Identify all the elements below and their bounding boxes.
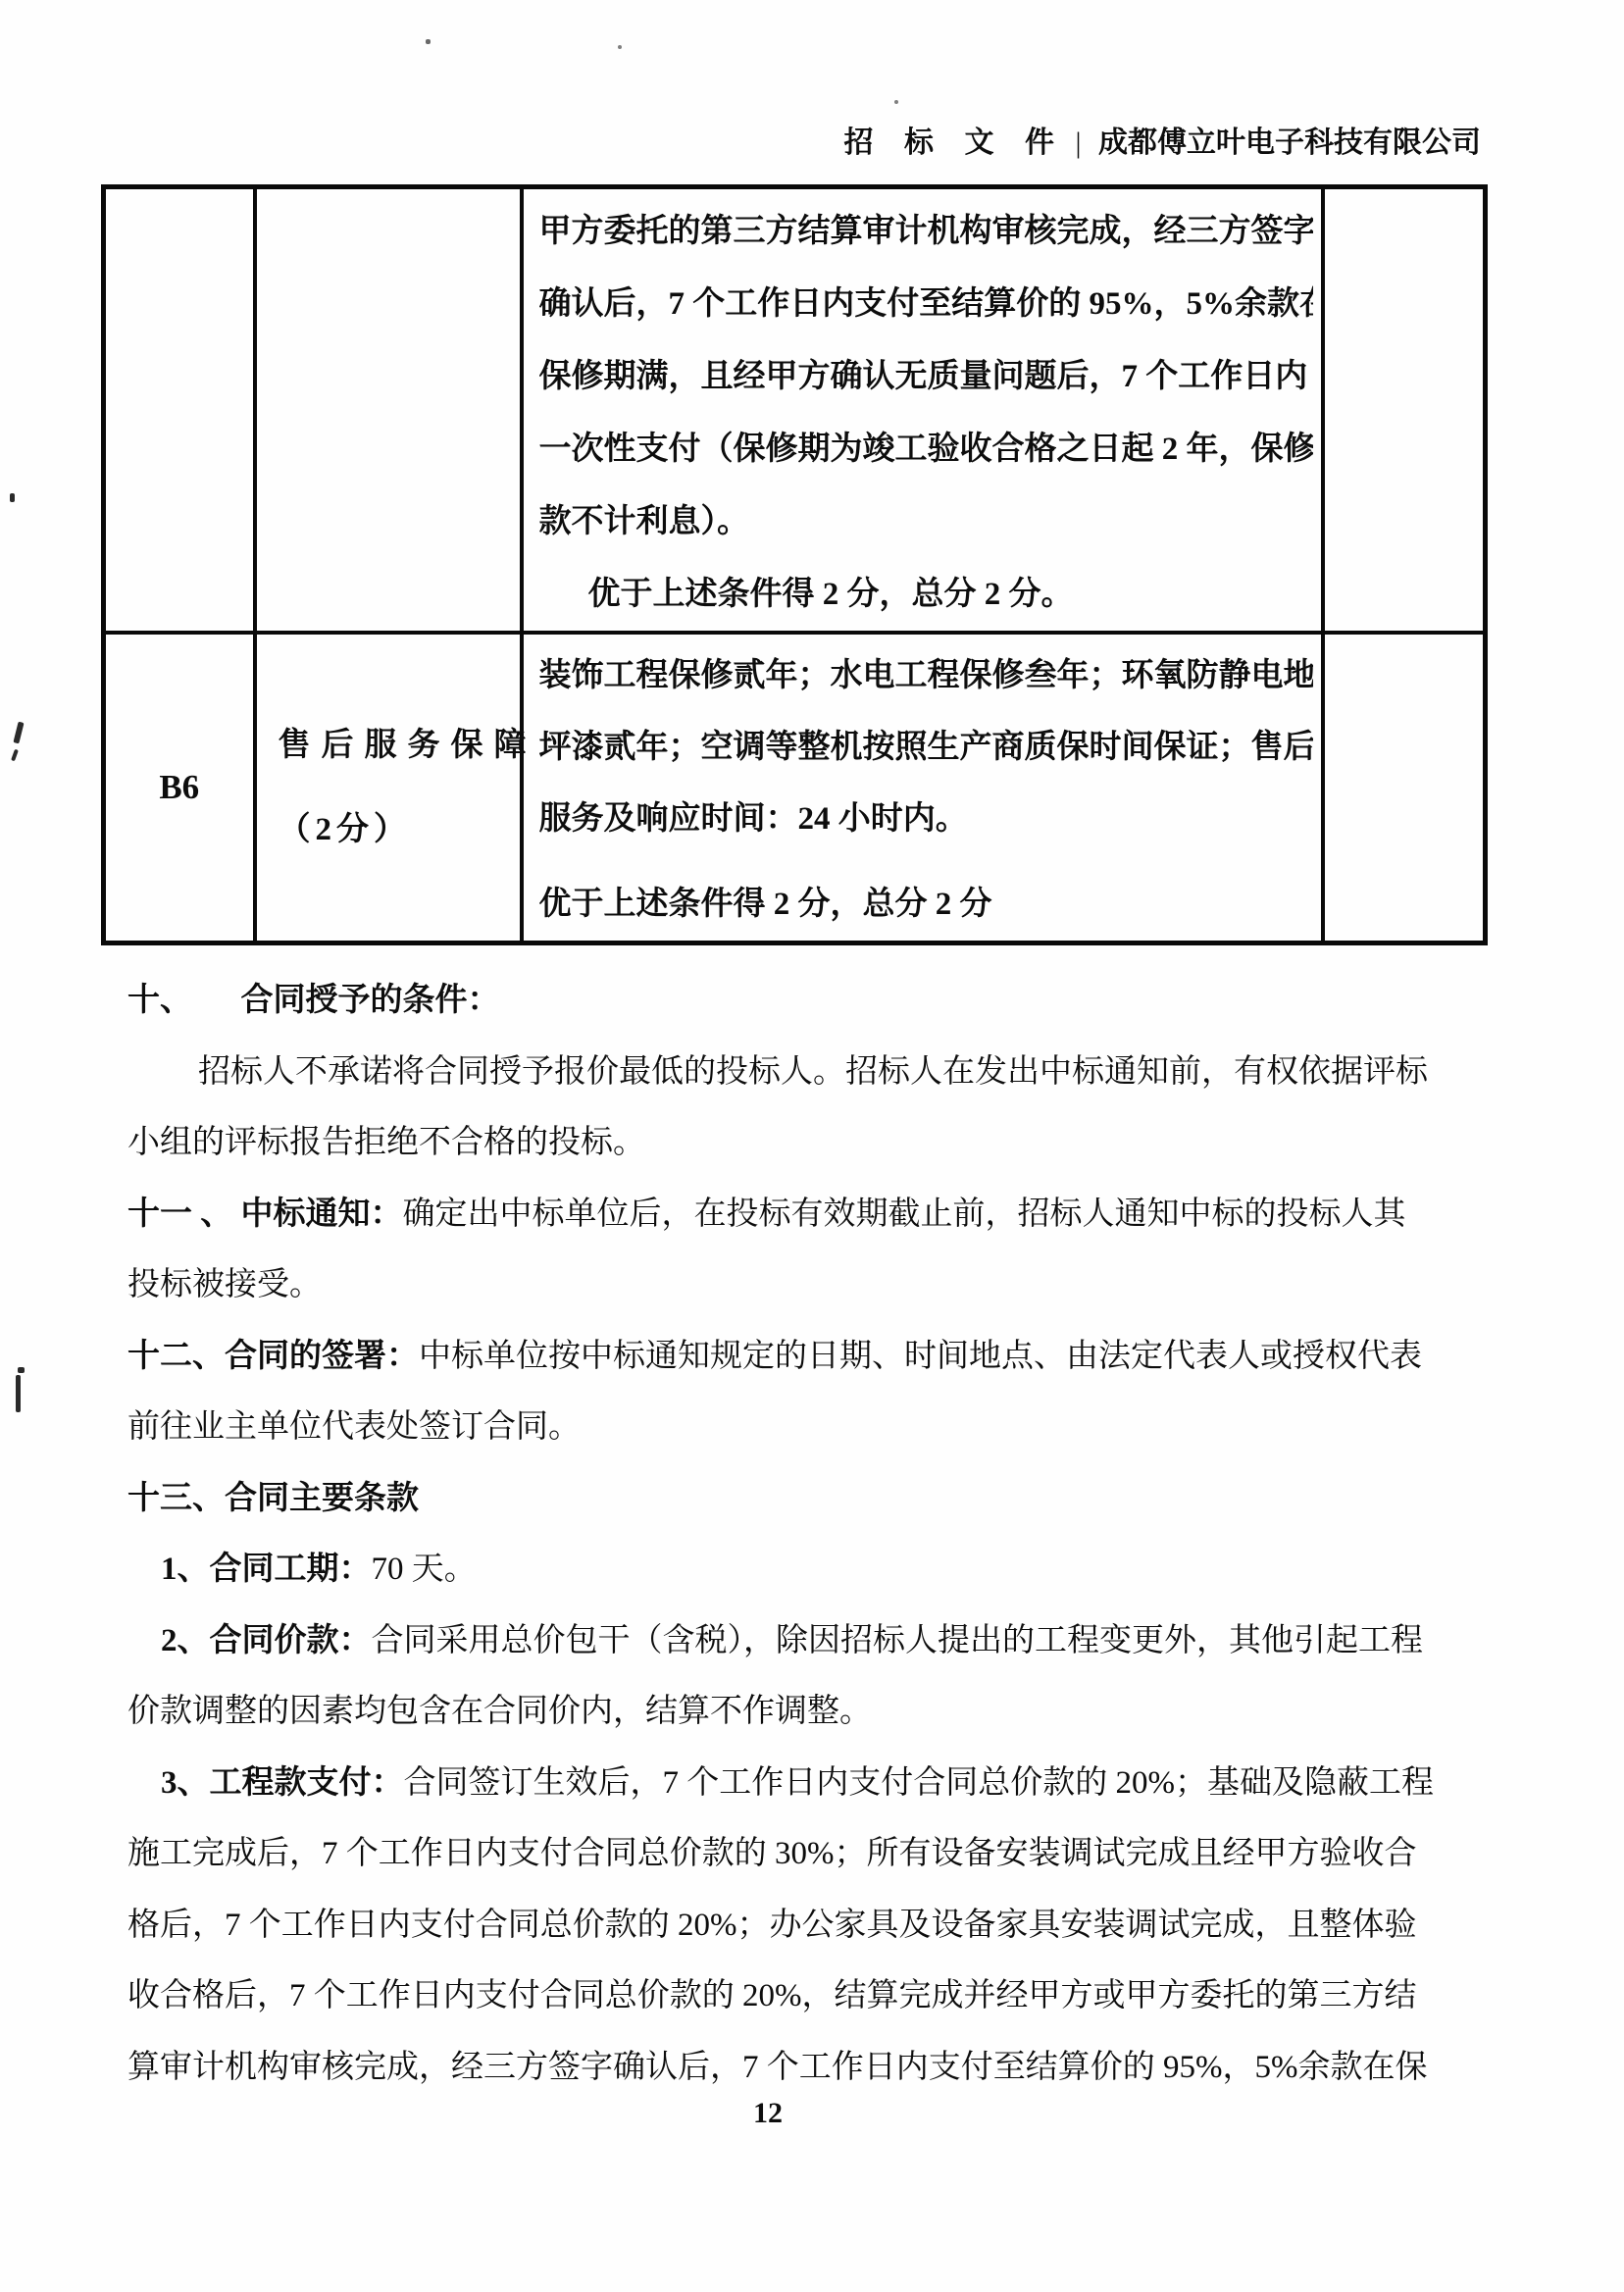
cell-criteria-continuation	[255, 187, 522, 634]
content-line-bonus: 优于上述条件得 2 分，总分 2 分。	[539, 558, 1313, 631]
content-line: 一次性支付（保修期为竣工验收合格之日起 2 年，保修	[539, 413, 1313, 485]
paragraph-line: 价款调整的因素均包含在合同价内，结算不作调整。	[127, 1676, 1510, 1748]
cell-criteria-b6: 售后服务保障 （2分）	[255, 633, 522, 943]
paragraph-line: 收合格后，7 个工作日内支付合同总价款的 20%，结算完成并经甲方或甲方委托的第…	[127, 1961, 1510, 2032]
clause-line-2: 2、合同价款：合同采用总价包干（含税），除因招标人提出的工程变更外，其他引起工程	[127, 1605, 1510, 1677]
paragraph-line: 前往业主单位代表处签订合同。	[127, 1392, 1510, 1463]
content-line: 服务及响应时间：24 小时内。	[539, 784, 1313, 855]
section-heading-10: 十、 合同授予的条件：	[127, 965, 1510, 1037]
document-page: 招 标 文 件 | 成都傅立叶电子科技有限公司 甲方委托的第三方结算审计机构审核…	[0, 0, 1624, 2292]
body-text: 十、 合同授予的条件： 招标人不承诺将合同授予报价最低的投标人。招标人在发出中标…	[127, 965, 1510, 2103]
content-line: 款不计利息）。	[539, 485, 1313, 558]
criteria-name: 售后服务保障	[279, 703, 520, 788]
paragraph-line: 施工完成后，7 个工作日内支付合同总价款的 30%；所有设备安装调试完成且经甲方…	[127, 1818, 1510, 1890]
scan-artifact	[426, 39, 431, 44]
section-heading-13: 十三、合同主要条款	[127, 1463, 1510, 1535]
content-line: 甲方委托的第三方结算审计机构审核完成，经三方签字	[539, 195, 1313, 268]
evaluation-table: 甲方委托的第三方结算审计机构审核完成，经三方签字 确认后，7 个工作日内支付至结…	[101, 184, 1488, 945]
page-header: 招 标 文 件 | 成都傅立叶电子科技有限公司	[843, 118, 1481, 161]
paragraph-line: 小组的评标报告拒绝不合格的投标。	[127, 1107, 1510, 1179]
content-line: 保修期满，且经甲方确认无质量问题后，7 个工作日内	[539, 340, 1313, 413]
paragraph-line: 算审计机构审核完成，经三方签字确认后，7 个工作日内支付至结算价的 95%，5%…	[127, 2032, 1510, 2104]
clause-line-3: 3、工程款支付：合同签订生效后，7 个工作日内支付合同总价款的 20%；基础及隐…	[127, 1748, 1510, 1819]
content-line: 坪漆贰年；空调等整机按照生产商质保时间保证；售后	[539, 712, 1313, 784]
scan-artifact	[11, 749, 19, 762]
section-heading-12: 十二、合同的签署：中标单位按中标通知规定的日期、时间地点、由法定代表人或授权代表	[127, 1321, 1510, 1393]
table-row-continuation: 甲方委托的第三方结算审计机构审核完成，经三方签字 确认后，7 个工作日内支付至结…	[104, 187, 1486, 634]
clause-line-1: 1、合同工期：70 天。	[127, 1534, 1510, 1605]
section-heading-11: 十一 、 中标通知：确定出中标单位后，在投标有效期截止前，招标人通知中标的投标人…	[127, 1179, 1510, 1250]
cell-id-continuation	[104, 187, 255, 634]
scan-artifact	[10, 493, 15, 502]
header-company: 成都傅立叶电子科技有限公司	[1098, 127, 1481, 159]
paragraph-line: 投标被接受。	[127, 1249, 1510, 1321]
scan-artifact	[16, 1375, 21, 1412]
content-line: 确认后，7 个工作日内支付至结算价的 95%，5%余款在	[539, 268, 1313, 340]
header-doc-type: 招 标 文 件	[843, 127, 1066, 159]
table-row-b6: B6 售后服务保障 （2分） 装饰工程保修贰年；水电工程保修叁年；环氧防静电地 …	[104, 633, 1486, 943]
page-number: 12	[0, 2097, 1536, 2130]
paragraph-line: 格后，7 个工作日内支付合同总价款的 20%；办公家具及设备家具安装调试完成，且…	[127, 1890, 1510, 1961]
cell-score-continuation	[1323, 187, 1486, 634]
cell-score-b6	[1323, 633, 1486, 943]
cell-content-b6: 装饰工程保修贰年；水电工程保修叁年；环氧防静电地 坪漆贰年；空调等整机按照生产商…	[522, 633, 1323, 943]
cell-id-b6: B6	[104, 633, 255, 943]
scan-artifact	[13, 722, 24, 744]
paragraph-line: 招标人不承诺将合同授予报价最低的投标人。招标人在发出中标通知前，有权依据评标	[127, 1037, 1510, 1108]
cell-content-continuation: 甲方委托的第三方结算审计机构审核完成，经三方签字 确认后，7 个工作日内支付至结…	[522, 187, 1323, 634]
scan-artifact	[618, 45, 622, 49]
content-line-bonus: 优于上述条件得 2 分，总分 2 分	[539, 869, 1313, 941]
header-separator: |	[1075, 127, 1081, 159]
scan-artifact	[18, 1367, 25, 1373]
content-line: 装饰工程保修贰年；水电工程保修叁年；环氧防静电地	[539, 640, 1313, 712]
scan-artifact	[894, 100, 898, 104]
criteria-score: （2分）	[279, 788, 520, 872]
